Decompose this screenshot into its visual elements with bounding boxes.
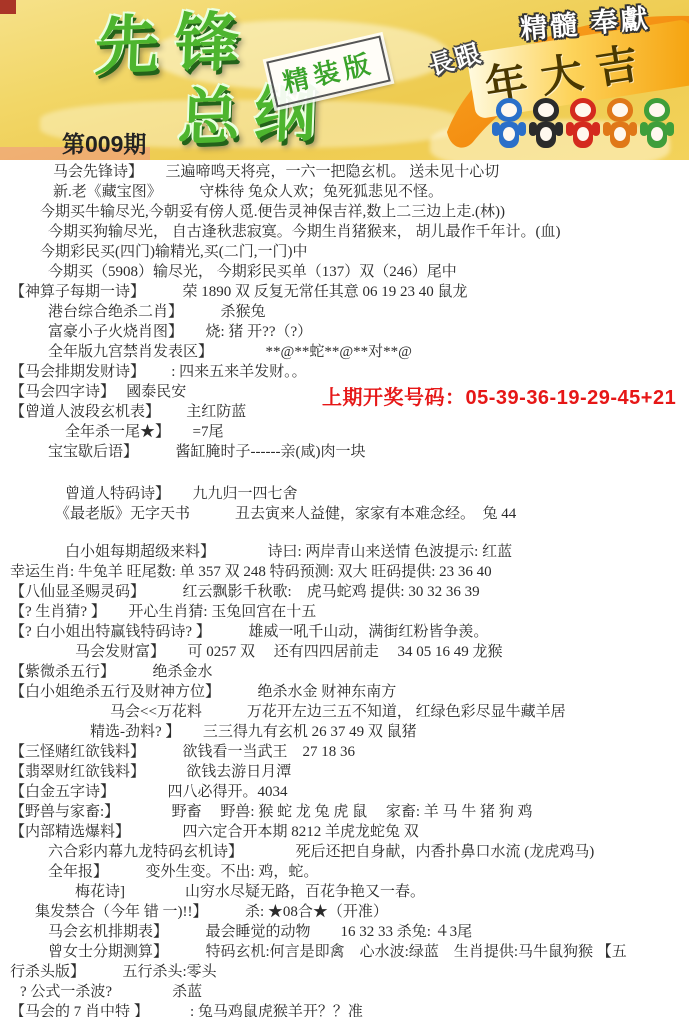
text-line: 【紫微杀五行】 绝杀金水 <box>10 662 689 682</box>
text-line: 【翡翠财红欲钱料】 欲钱去游日月潭 <box>10 762 689 782</box>
text-line: 行杀头版】 五行杀头:零头 <box>10 962 689 982</box>
text-line: 马会玄机排期表】 最会睡觉的动物 16 32 33 杀兔: ４3尾 <box>10 922 689 942</box>
predictions-text-block: 马会先锋诗】 三遍啼鸣天将亮，一六一把隐玄机。 送未见十心切新.老《藏宝图》 守… <box>0 160 689 1017</box>
spacer-line <box>10 524 689 542</box>
text-line: 【野兽与家畜:】 野畜 野兽: 猴 蛇 龙 兔 虎 鼠 家畜: 羊 马 牛 猪 … <box>10 802 689 822</box>
text-line: 全年版九宫禁肖发表区】 **@**蛇**@**对**@ <box>10 342 689 362</box>
spacer-line <box>10 462 689 484</box>
mascot-jingjing-icon <box>529 98 563 154</box>
text-line: 今期买牛输尽光,今朝妥有傍人觅.便告灵神保吉祥,数上二三边上走.(林)) <box>10 202 689 222</box>
sheet-title-line1: 先锋 <box>94 9 257 79</box>
text-line: 精选-劲料? 】 三三得九有玄机 26 37 49 双 鼠猪 <box>10 722 689 742</box>
text-line: 马会发财富】 可 0257 双 还有四四居前走 34 05 16 49 龙猴 <box>10 642 689 662</box>
text-line: 集发禁合（今年 错 一)!!】 杀: ★08合★（开准） <box>10 902 689 922</box>
text-line: 【? 白小姐出特赢钱特码诗? 】 雄威一吼千山动，满街红粉皆争羡。 <box>10 622 689 642</box>
mascot-huanhuan-icon <box>566 98 600 154</box>
text-line: 【白小姐绝杀五行及财神方位】 绝杀水金 财神东南方 <box>10 682 689 702</box>
mascot-beibei-icon <box>492 98 526 154</box>
mascot-yingying-icon <box>603 98 637 154</box>
header-banner: 年大吉 精髓 奉獻 長跟 先锋 总纲 精装版 第009期 <box>0 0 689 160</box>
text-line: 马会先锋诗】 三遍啼鸣天将亮，一六一把隐玄机。 送未见十心切 <box>10 162 689 182</box>
text-line: ? 公式一杀波? 杀蓝 <box>10 982 689 1002</box>
text-line: 曾道人特码诗】 九九归一四七舍 <box>10 484 689 504</box>
text-line: 今期买（5908）输尽光， 今期彩民买单（137）双（246）尾中 <box>10 262 689 282</box>
text-line: 【神算子每期一诗】 荣 1890 双 反复无常任其意 06 19 23 40 鼠… <box>10 282 689 302</box>
last-draw-label: 上期开奖号码： <box>322 387 466 409</box>
corner-red-mark <box>0 0 16 14</box>
text-line: 今期买狗输尽光， 自古逢秋悲寂寞。今期生肖猪猴来， 胡儿最作千年计。(血) <box>10 222 689 242</box>
text-line: 【? 生肖猜? 】 开心生肖猜: 玉兔回宫在十五 <box>10 602 689 622</box>
text-line: 马会<<万花料 万花开左边三五不知道， 红绿色彩尽显牛藏羊居 <box>10 702 689 722</box>
pioneer-lottery-sheet: 年大吉 精髓 奉獻 長跟 先锋 总纲 精装版 第009期 上期开奖号码：05-3… <box>0 0 689 1017</box>
mascot-row <box>492 98 674 154</box>
text-line: 【马会的 7 肖中特 】 : 兔马鸡鼠虎猴羊开？？准 <box>10 1002 689 1017</box>
text-line: 【内部精选爆料】 四六定合开本期 8212 羊虎龙蛇兔 双 <box>10 822 689 842</box>
text-line: 白小姐每期超级来料】 诗曰: 两岸青山来送情 色波提示: 红蓝 <box>10 542 689 562</box>
text-line: 今期彩民买(四门)输精光,买(二门,一门)中 <box>10 242 689 262</box>
text-line: 【白金五字诗】 四八必得开。4034 <box>10 782 689 802</box>
text-line: 《最老版》无字天书 丑去寅来人益健，家家有本难念经。 兔 44 <box>10 504 689 524</box>
text-line: 曾女士分期测算】 特码玄机:何言是即禽 心水波:绿蓝 生肖提供:马牛鼠狗猴 【五 <box>10 942 689 962</box>
text-line: 富豪小子火烧肖图】 烧: 猪 开??（?） <box>10 322 689 342</box>
text-line: 梅花诗] 山穷水尽疑无路，百花争艳又一春。 <box>10 882 689 902</box>
mascot-nini-icon <box>640 98 674 154</box>
text-line: 【三怪赌红欲钱料】 欲钱看一当武王 27 18 36 <box>10 742 689 762</box>
text-line: 幸运生肖: 牛兔羊 旺尾数: 单 357 双 248 特码预测: 双大 旺码提供… <box>10 562 689 582</box>
last-draw-value: 05-39-36-19-29-45+21 <box>466 387 677 409</box>
text-line: 六合彩内幕九龙特码玄机诗】 死后还把自身献，内香扑鼻口水流 (龙虎鸡马) <box>10 842 689 862</box>
text-line: 新.老《藏宝图》 守株待 兔众人欢；兔死狐悲见不怪。 <box>10 182 689 202</box>
text-line: 全年杀一尾★】 =7尾 <box>10 422 689 442</box>
last-draw-numbers: 上期开奖号码：05-39-36-19-29-45+21 <box>322 381 676 410</box>
text-line: 【八仙显圣赐灵码】 红云飘影千秋歌: 虎马蛇鸡 提供: 30 32 36 39 <box>10 582 689 602</box>
text-line: 港台综合绝杀二肖】 杀猴兔 <box>10 302 689 322</box>
text-line: 全年报】 变外生变。不出: 鸡，蛇。 <box>10 862 689 882</box>
text-line: 宝宝歇后语】 酱缸腌时子------亲(咸)肉一块 <box>10 442 689 462</box>
issue-number: 第009期 <box>62 126 146 159</box>
text-line: 【马会排期发财诗】 : 四来五来羊发财。。 <box>10 362 689 382</box>
